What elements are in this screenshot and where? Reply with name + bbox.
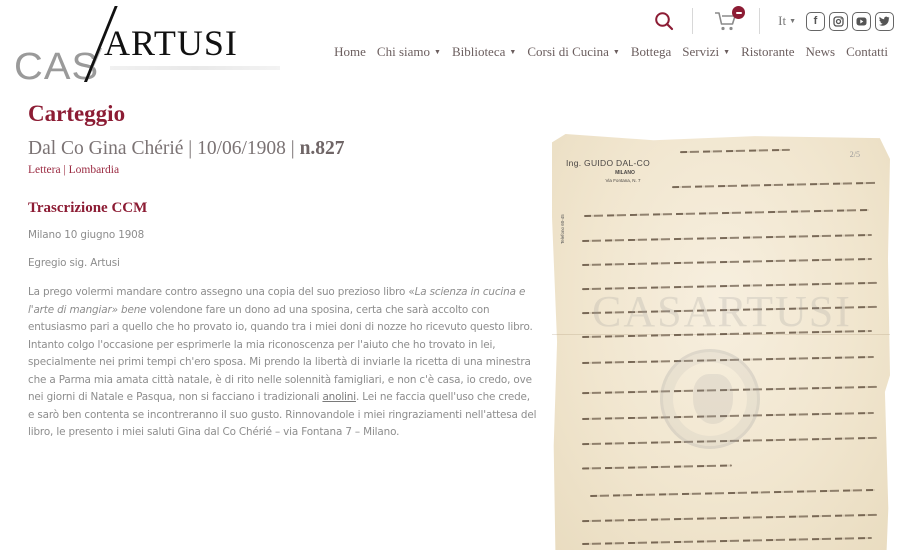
letterhead: Ing. GUIDO DAL-CO MILANO Via Fontana, N.… — [566, 158, 650, 183]
letter-paper — [552, 134, 890, 550]
library-seal-stamp — [660, 349, 760, 449]
nav-home[interactable]: Home — [334, 44, 366, 60]
youtube-icon[interactable] — [852, 12, 871, 31]
logo-cas-text: CAS — [14, 46, 99, 89]
nav-biblioteca[interactable]: Biblioteca▼ — [452, 44, 516, 60]
twitter-icon[interactable] — [875, 12, 894, 31]
utility-divider — [759, 8, 760, 34]
nav-label: Ristorante — [741, 44, 794, 60]
logo-artusi-text: ARTUSI — [104, 22, 238, 64]
body-text: volendone fare un dono ad una sposina, c… — [28, 304, 533, 404]
logo-tagline — [110, 66, 280, 70]
nav-label: Biblioteca — [452, 44, 505, 60]
nav-news[interactable]: News — [806, 44, 836, 60]
search-icon — [654, 11, 674, 31]
letter-sender-date: Dal Co Gina Chérié | 10/06/1908 | — [28, 138, 300, 159]
casa-artusi-watermark: CASARTUSI — [592, 286, 852, 337]
transcription-title: Trascrizione CCM — [28, 200, 538, 217]
nav-corsi-di-cucina[interactable]: Corsi di Cucina▼ — [527, 44, 620, 60]
nav-label: News — [806, 44, 836, 60]
nav-label: Chi siamo — [377, 44, 430, 60]
utility-divider — [692, 8, 693, 34]
casa-artusi-logo[interactable]: CAS ARTUSI — [14, 2, 264, 84]
letterhead-city: MILANO — [600, 170, 650, 176]
anolini-link[interactable]: anolini — [322, 391, 356, 403]
chevron-down-icon: ▼ — [789, 17, 796, 25]
main-navigation: Home Chi siamo▼ Biblioteca▼ Corsi di Cuc… — [334, 44, 888, 60]
nav-ristorante[interactable]: Ristorante — [741, 44, 794, 60]
nav-servizi[interactable]: Servizi▼ — [682, 44, 730, 60]
nav-label: Home — [334, 44, 366, 60]
nav-chi-siamo[interactable]: Chi siamo▼ — [377, 44, 441, 60]
cart-badge — [732, 6, 745, 19]
telephone-strip: Telefono 60-45 — [560, 214, 565, 244]
nav-label: Contatti — [846, 44, 888, 60]
letter-body: La prego volermi mandare contro assegno … — [28, 284, 538, 442]
search-button[interactable] — [654, 11, 674, 31]
facebook-icon[interactable]: f — [806, 12, 825, 31]
page-mark: 2/5 — [850, 150, 860, 159]
social-links: f — [806, 12, 894, 31]
letter-content: Carteggio Dal Co Gina Chérié | 10/06/190… — [28, 100, 538, 442]
cart-button[interactable] — [711, 8, 741, 34]
body-text: La prego volermi mandare contro assegno … — [28, 286, 415, 298]
letterhead-name: Ing. GUIDO DAL-CO — [566, 158, 650, 168]
letter-category: Lettera | Lombardia — [28, 164, 538, 176]
letter-greeting: Egregio sig. Artusi — [28, 255, 538, 273]
letter-date-line: Milano 10 giugno 1908 — [28, 227, 538, 245]
letter-number: n.827 — [300, 138, 345, 159]
nav-label: Corsi di Cucina — [527, 44, 609, 60]
nav-label: Servizi — [682, 44, 719, 60]
chevron-down-icon: ▼ — [509, 48, 516, 56]
nav-label: Bottega — [631, 44, 671, 60]
site-header: CAS ARTUSI It ▼ f — [0, 0, 916, 90]
language-label: It — [778, 13, 786, 29]
nav-contatti[interactable]: Contatti — [846, 44, 888, 60]
chevron-down-icon: ▼ — [613, 48, 620, 56]
letter-scan-image[interactable]: Ing. GUIDO DAL-CO MILANO Via Fontana, N.… — [552, 134, 890, 550]
letterhead-address: Via Fontana, N. 7 — [596, 178, 650, 183]
nav-bottega[interactable]: Bottega — [631, 44, 671, 60]
chevron-down-icon: ▼ — [723, 48, 730, 56]
language-selector[interactable]: It ▼ — [778, 13, 796, 29]
chevron-down-icon: ▼ — [434, 48, 441, 56]
letter-heading: Dal Co Gina Chérié | 10/06/1908 | n.827 — [28, 137, 538, 161]
page-title: Carteggio — [28, 100, 538, 128]
utility-bar: It ▼ f — [654, 8, 894, 34]
instagram-icon[interactable] — [829, 12, 848, 31]
